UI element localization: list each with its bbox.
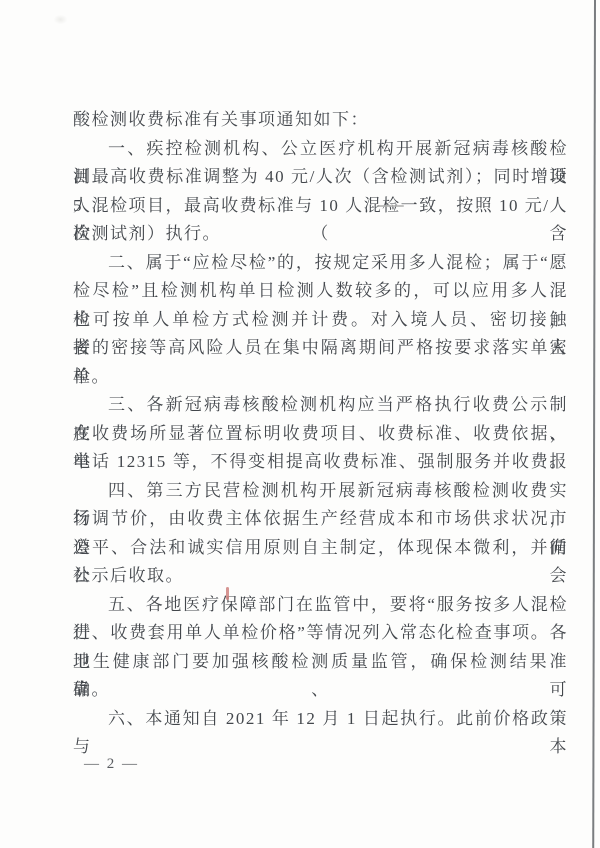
scan-smudge-artifact (54, 15, 67, 24)
text-line: 公平、合法和诚实信用原则自主制定，体现保本微利，并向社会 (73, 534, 568, 563)
text-line: 电话 12315 等，不得变相提高收费标准、强制服务并收费。 (73, 448, 568, 477)
text-line: 人混检项目，最高收费标准与 10 人混检一致，按照 10 元/人次（含 (73, 192, 568, 221)
scan-edge-shadow-line (592, 0, 596, 848)
text-line: 目最高收费标准调整为 40 元/人次（含检测试剂）；同时增设 5 (73, 163, 568, 192)
text-line: 检。 (73, 363, 568, 392)
text-line: 在收费场所显著位置标明收费项目、收费标准、收费依据、举报 (73, 420, 568, 449)
scan-red-mark-artifact (226, 587, 229, 600)
text-line: 行、收费套用单人单检价格”等情况列入常态化检查事项。各地 (73, 619, 568, 648)
page-number: — 2 — (84, 756, 139, 773)
scanned-document-page: 酸检测收费标准有关事项通知如下：一、疾控检测机构、公立医疗机构开展新冠病毒核酸检… (0, 0, 600, 848)
text-line: 二、属于“应检尽检”的，按规定采用多人混检；属于“愿 (73, 249, 568, 278)
text-line: 场调节价，由收费主体依据生产经营成本和市场供求状况，遵循 (73, 505, 568, 534)
text-line: 也可按单人单检方式检测并计费。对入境人员、密切接触者、密 (73, 306, 568, 335)
text-line: 五、各地医疗保障部门在监管中，要将“服务按多人混检进 (73, 591, 568, 620)
text-line: 四、第三方民营检测机构开展新冠病毒核酸检测收费实行市 (73, 477, 568, 506)
text-line: 六、本通知自 2021 年 12 月 1 日起执行。此前价格政策与本 (73, 705, 568, 734)
text-line: 卫生健康部门要加强核酸检测质量监管，确保检测结果准确、可 (73, 648, 568, 677)
text-block: 酸检测收费标准有关事项通知如下：一、疾控检测机构、公立医疗机构开展新冠病毒核酸检… (73, 106, 568, 733)
text-line: 一、疾控检测机构、公立医疗机构开展新冠病毒核酸检测项 (73, 135, 568, 164)
text-line: 三、各新冠病毒核酸检测机构应当严格执行收费公示制度， (73, 391, 568, 420)
text-line: 酸检测收费标准有关事项通知如下： (73, 106, 568, 135)
text-line: 接的密接等高风险人员在集中隔离期间严格按要求落实单人单 (73, 334, 568, 363)
scan-gray-dash-artifact (377, 205, 404, 207)
text-line: 检尽检”且检测机构单日检测人数较多的，可以应用多人混检， (73, 277, 568, 306)
